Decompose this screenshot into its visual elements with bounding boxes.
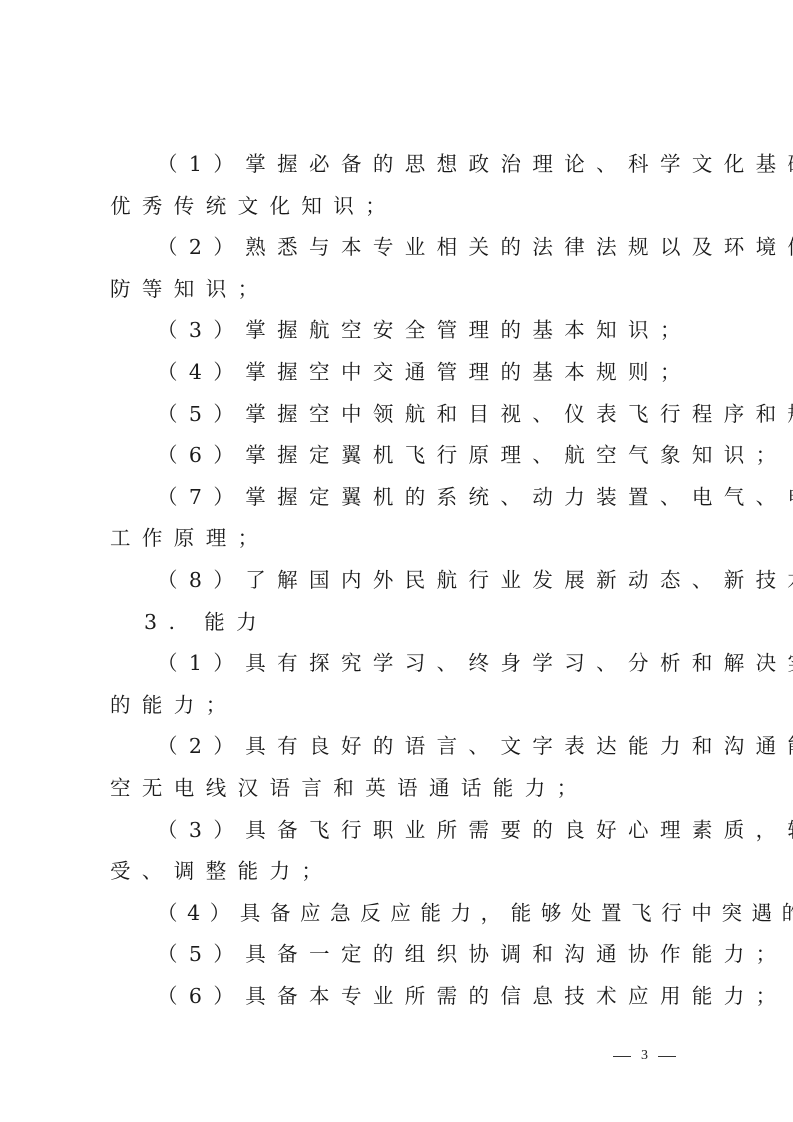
- ability-item-6: （6）具备本专业所需的信息技术应用能力；: [110, 976, 700, 1018]
- knowledge-item-7-line-2: 工作原理；: [110, 518, 700, 560]
- footer-dash-right: [658, 1056, 676, 1057]
- knowledge-item-7-line-1: （7）掌握定翼机的系统、动力装置、电气、电子设备等的: [110, 477, 700, 519]
- knowledge-item-5: （5）掌握空中领航和目视、仪表飞行程序和规则；: [110, 394, 700, 436]
- ability-item-1-line-1: （1）具有探究学习、终身学习、分析和解决实际飞行问题: [110, 643, 700, 685]
- knowledge-item-3: （3）掌握航空安全管理的基本知识；: [110, 310, 700, 352]
- ability-item-5: （5）具备一定的组织协调和沟通协作能力；: [110, 934, 700, 976]
- knowledge-item-2-line-1: （2）熟悉与本专业相关的法律法规以及环境保护、安全消: [110, 227, 700, 269]
- knowledge-item-4: （4）掌握空中交通管理的基本规则；: [110, 352, 700, 394]
- knowledge-item-1-line-2: 优秀传统文化知识；: [110, 186, 700, 228]
- ability-item-2-line-2: 空无电线汉语言和英语通话能力；: [110, 768, 700, 810]
- knowledge-item-6: （6）掌握定翼机飞行原理、航空气象知识；: [110, 435, 700, 477]
- document-body: （1）掌握必备的思想政治理论、科学文化基础知识和中华 优秀传统文化知识； （2）…: [110, 144, 700, 1017]
- page-number: 3: [641, 1048, 648, 1064]
- section-heading-ability: 3. 能力: [110, 602, 700, 644]
- footer-dash-left: [613, 1056, 631, 1057]
- ability-item-4: （4）具备应急反应能力，能够处置飞行中突遇的紧急情况；: [110, 893, 700, 935]
- ability-item-3-line-1: （3）具备飞行职业所需要的良好心理素质，较强的心理承: [110, 810, 700, 852]
- knowledge-item-2-line-2: 防等知识；: [110, 269, 700, 311]
- ability-item-1-line-2: 的能力；: [110, 685, 700, 727]
- page-footer: 3: [613, 1048, 676, 1064]
- knowledge-item-8: （8）了解国内外民航行业发展新动态、新技术和新趋势。: [110, 560, 700, 602]
- ability-item-3-line-2: 受、调整能力；: [110, 851, 700, 893]
- ability-item-2-line-1: （2）具有良好的语言、文字表达能力和沟通能力，具备航: [110, 726, 700, 768]
- knowledge-item-1-line-1: （1）掌握必备的思想政治理论、科学文化基础知识和中华: [110, 144, 700, 186]
